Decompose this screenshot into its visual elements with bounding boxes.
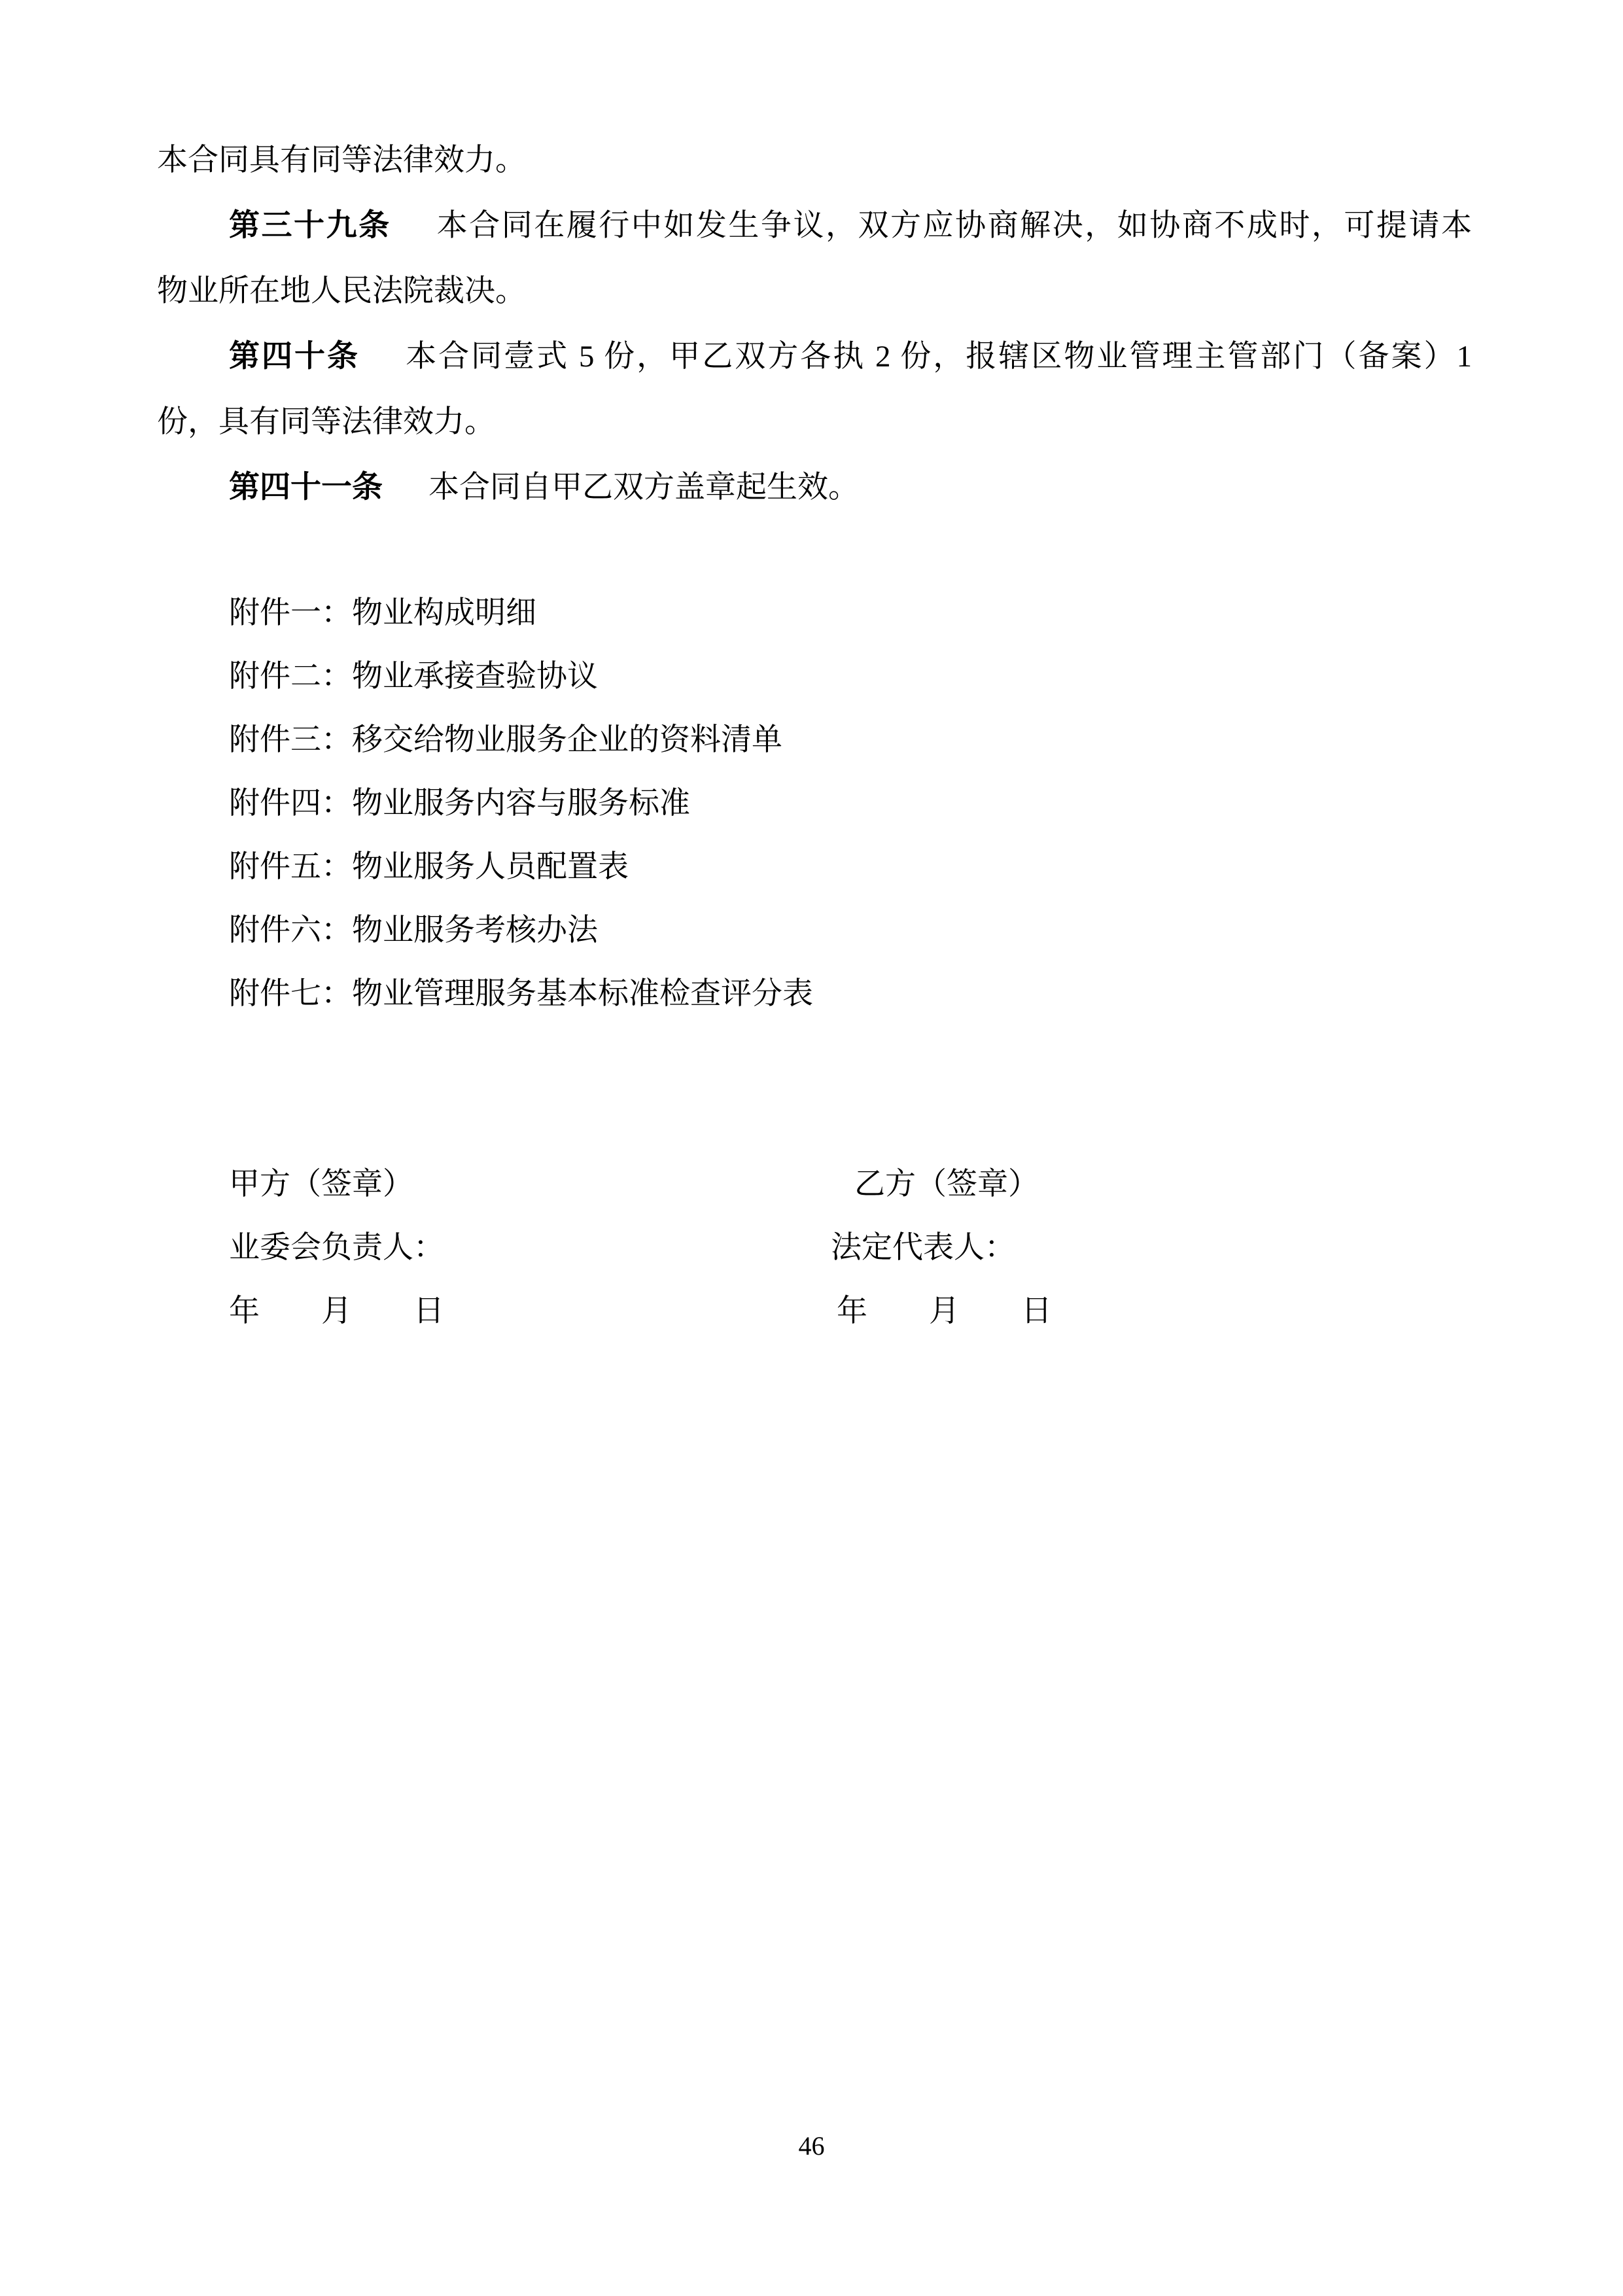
attachment-item-6: 附件六：物业服务考核办法: [157, 899, 1472, 963]
attachment-item-7: 附件七：物业管理服务基本标准检查评分表: [157, 963, 1472, 1026]
signature-block: 甲方（签章） 乙方（签章） 业委会负责人： 法定代表人： 年 月 日 年 月 日: [157, 1153, 1472, 1343]
paragraph-article-40-wrap: 份，具有同等法律效力。: [157, 389, 1472, 455]
page-number: 46: [0, 2130, 1623, 2162]
party-b-representative-label: 法定代表人：: [831, 1216, 1015, 1280]
article-41-text: 本合同自甲乙双方盖章起生效。: [428, 470, 859, 504]
attachment-item-4: 附件四：物业服务内容与服务标准: [157, 772, 1472, 836]
paragraph-text: 物业所在地人民法院裁决。: [157, 274, 526, 308]
paragraph-article-39: 第三十九条本合同在履行中如发生争议，双方应协商解决，如协商不成时，可提请本: [157, 193, 1472, 258]
body-paragraphs: 本合同具有同等法律效力。 第三十九条本合同在履行中如发生争议，双方应协商解决，如…: [157, 128, 1472, 520]
attachment-list: 附件一：物业构成明细 附件二：物业承接查验协议 附件三：移交给物业服务企业的资料…: [157, 582, 1472, 1026]
paragraph-text: 本合同具有同等法律效力。: [157, 143, 526, 177]
signature-row-title: 甲方（签章） 乙方（签章）: [157, 1153, 1472, 1216]
article-40-text: 本合同壹式 5 份，甲乙双方各执 2 份，报辖区物业管理主管部门（备案）1: [406, 340, 1472, 374]
attachment-item-2: 附件二：物业承接查验协议: [157, 645, 1472, 709]
party-b-seal-label: 乙方（签章）: [854, 1153, 1039, 1216]
article-41-label: 第四十一条: [229, 470, 383, 504]
paragraph-continuation: 本合同具有同等法律效力。: [157, 128, 1472, 193]
paragraph-article-40: 第四十条本合同壹式 5 份，甲乙双方各执 2 份，报辖区物业管理主管部门（备案）…: [157, 324, 1472, 389]
contract-document-page: 本合同具有同等法律效力。 第三十九条本合同在履行中如发生争议，双方应协商解决，如…: [0, 0, 1623, 2296]
article-39-text: 本合同在履行中如发生争议，双方应协商解决，如协商不成时，可提请本: [437, 209, 1472, 243]
attachment-item-3: 附件三：移交给物业服务企业的资料清单: [157, 709, 1472, 772]
party-a-representative-label: 业委会负责人：: [229, 1216, 444, 1280]
paragraph-article-39-wrap: 物业所在地人民法院裁决。: [157, 258, 1472, 324]
article-40-label: 第四十条: [229, 340, 360, 374]
party-a-date-line: 年 月 日: [229, 1280, 444, 1343]
signature-row-date: 年 月 日 年 月 日: [157, 1280, 1472, 1343]
paragraph-text: 份，具有同等法律效力。: [157, 405, 495, 439]
article-39-label: 第三十九条: [229, 209, 391, 243]
party-a-seal-label: 甲方（签章）: [229, 1153, 413, 1216]
party-b-date-line: 年 月 日: [837, 1280, 1052, 1343]
paragraph-article-41: 第四十一条本合同自甲乙双方盖章起生效。: [157, 455, 1472, 520]
attachment-item-5: 附件五：物业服务人员配置表: [157, 836, 1472, 899]
signature-row-representative: 业委会负责人： 法定代表人：: [157, 1216, 1472, 1280]
attachment-item-1: 附件一：物业构成明细: [157, 582, 1472, 645]
